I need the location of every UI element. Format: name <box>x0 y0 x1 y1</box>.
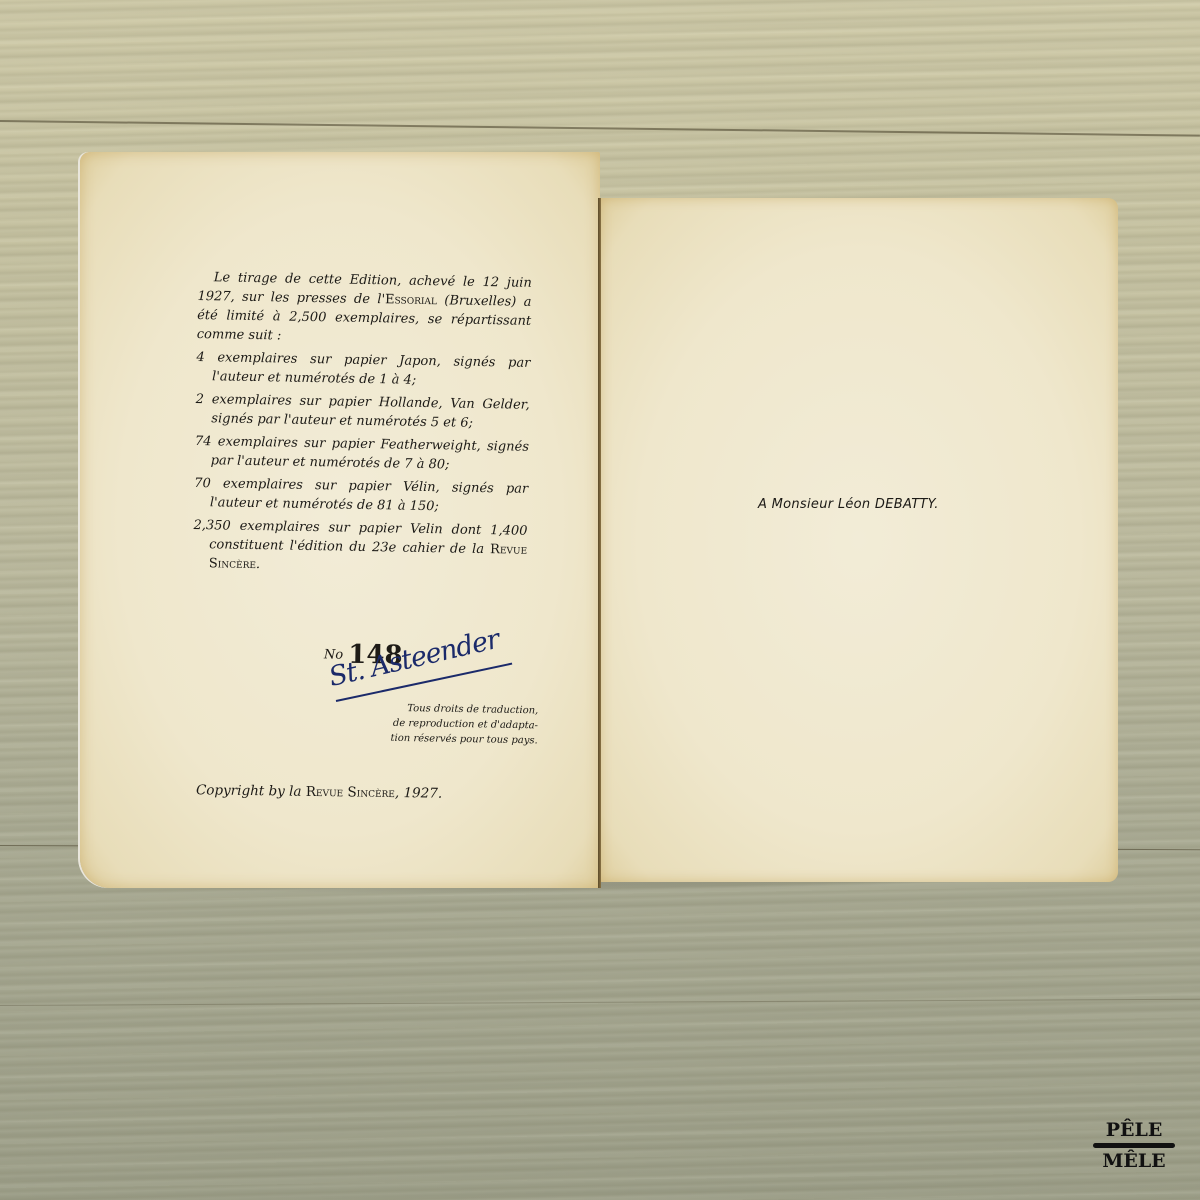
intro-paragraph: Le tirage de cette Edition, achevé le 12… <box>197 268 532 350</box>
last-entry-text: 2,350 exemplaires sur papier Velin dont … <box>193 518 527 557</box>
edition-entry: 2 exemplaires sur papier Hollande, Van G… <box>195 390 530 434</box>
copyright-prefix: Copyright by la <box>196 782 306 800</box>
copyright-line: Copyright by la Revue Sincère, 1927. <box>196 782 442 801</box>
rights-notice: Tous droits de traduction, de reproducti… <box>380 701 539 749</box>
limitation-notice: Le tirage de cette Edition, achevé le 12… <box>193 268 532 583</box>
logo-divider <box>1093 1143 1175 1148</box>
edition-entry: 4 exemplaires sur papier Japon, signés p… <box>196 348 531 392</box>
copyright-year: , 1927. <box>395 785 442 802</box>
wood-plank-seam <box>0 120 1200 137</box>
edition-entry: 74 exemplaires sur papier Featherweight,… <box>194 432 529 476</box>
copyright-revue: Revue Sincère <box>306 784 395 801</box>
edition-entry: 70 exemplaires sur papier Vélin, signés … <box>194 474 529 518</box>
logo-line-2: MÊLE <box>1093 1151 1175 1171</box>
press-name: Essorial <box>385 292 437 308</box>
edition-entry: 2,350 exemplaires sur papier Velin dont … <box>193 516 528 579</box>
book-gutter <box>598 198 601 888</box>
last-entry-end: . <box>256 557 260 572</box>
wood-plank-seam <box>0 999 1200 1006</box>
rights-line: tion réservés pour tous pays. <box>380 731 538 749</box>
logo-line-1: PÊLE <box>1093 1120 1175 1140</box>
dedication: A Monsieur Léon DEBATTY. <box>758 497 939 512</box>
right-page <box>600 198 1118 882</box>
pele-mele-logo: PÊLE MÊLE <box>1093 1120 1175 1171</box>
